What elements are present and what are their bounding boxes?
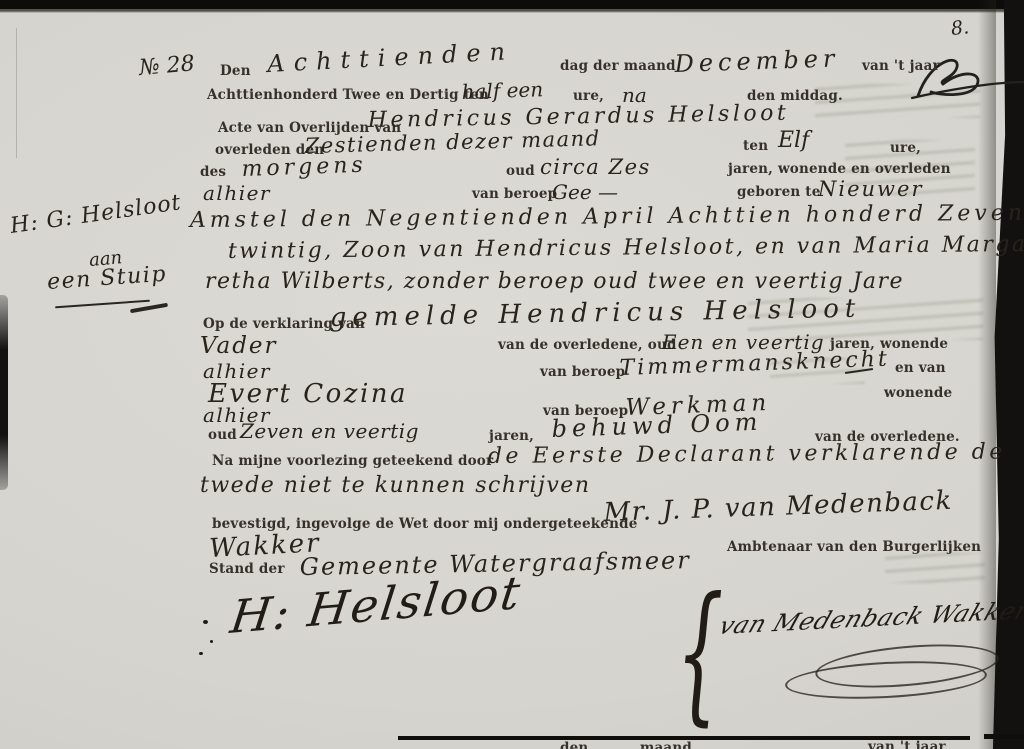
- hw-age-2: Zeven en veertig: [240, 421, 419, 441]
- next-record-fragment: den: [560, 742, 588, 749]
- death-certificate-scan: 8. H: G: Helsloot aan een Stuip № 28 Den…: [0, 0, 1024, 749]
- hw-read-signed-1: de Eerste Declarant verklarende de: [488, 441, 1006, 468]
- hw-occupation-none: Gee —: [552, 182, 618, 202]
- printed-en-van: en van: [895, 362, 946, 376]
- signature-brace: {: [676, 578, 724, 728]
- printed-stand-der: Stand der: [209, 563, 285, 577]
- margin-dash: [130, 303, 168, 314]
- printed-van-beroep-0: van beroep: [472, 188, 557, 202]
- printed-van-t-jaar: van 't jaar: [862, 60, 940, 74]
- next-record-fragment: van 't jaar: [868, 741, 946, 749]
- printed-van-de-overledene-oud: van de overledene, oud: [498, 339, 677, 353]
- margin-underline: [55, 300, 150, 309]
- scan-edge-left-blob: [0, 295, 8, 490]
- scan-bottom-rule: [984, 734, 1024, 739]
- printed-wonende: wonende: [884, 387, 952, 401]
- hw-relation-2: behuwd Oom: [551, 410, 763, 441]
- printed-ure-2: ure,: [890, 142, 921, 156]
- printed-den: Den: [220, 65, 251, 79]
- printed-ure-1: ure,: [573, 90, 604, 104]
- act-number: № 28: [138, 53, 196, 80]
- hw-birth-line-3: retha Wilberts, zonder beroep oud twee e…: [205, 271, 904, 293]
- margin-deceased-name: H: G: Helsloot: [9, 192, 183, 238]
- hw-birth-line-1: Amstel den Negentienden April Achttien h…: [190, 202, 1024, 232]
- hw-month: December: [674, 46, 840, 76]
- scan-edge-right-shadow: [978, 0, 996, 749]
- scan-edge-top: [0, 0, 1024, 13]
- hw-official-name: Mr. J. P. van Medenback: [603, 488, 953, 526]
- hw-daypart: morgens: [241, 155, 367, 181]
- hw-residence-2: alhier: [203, 361, 271, 381]
- next-record-fragment: maand: [640, 742, 692, 749]
- printed-des: des: [200, 166, 226, 180]
- ink-speck: [210, 640, 213, 643]
- ink-speck: [199, 652, 203, 655]
- printed-van-beroep-1: van beroep: [540, 366, 625, 380]
- printed-jaren-wonende-overleden: jaren, wonende en overleden: [728, 163, 951, 177]
- hw-death-hour: Elf: [778, 130, 809, 152]
- hw-age: circa Zes: [540, 157, 651, 178]
- printed-ten: ten: [743, 140, 768, 154]
- paper-crease: [16, 28, 17, 158]
- printed-year-words: Achttienhonderd Twee en Dertig ten: [207, 89, 489, 103]
- hw-relation-1: Vader: [200, 335, 278, 358]
- corner-page-mark: 8.: [950, 18, 970, 39]
- printed-jaren: jaren,: [489, 430, 534, 444]
- printed-dag-der-maand: dag der maand: [560, 60, 676, 74]
- ink-speck: [203, 620, 208, 624]
- hw-day: Achttienden: [267, 39, 515, 76]
- bleed-through-patch: [885, 553, 985, 583]
- hw-before-after-noon: na: [622, 85, 647, 105]
- hw-read-signed-2: twede niet te kunnen schrijven: [200, 475, 591, 497]
- printed-oud-2: oud: [208, 429, 237, 443]
- printed-ambtenaar: Ambtenaar van den Burgerlijken: [727, 541, 981, 555]
- hw-time: half een: [461, 79, 543, 102]
- printed-oud-1: oud: [506, 165, 535, 179]
- hw-birth-line-2: twintig, Zoon van Hendricus Helsloot, en…: [228, 234, 1024, 263]
- printed-geboren-te: geboren te: [737, 186, 821, 200]
- hw-birthplace: Nieuwer: [818, 179, 924, 200]
- hw-residence-1: alhier: [203, 183, 271, 203]
- margin-cause-of-death: een Stuip: [46, 264, 167, 294]
- signature-declarant: H: Helsloot: [228, 569, 524, 640]
- signature-flourish-loop: [784, 657, 988, 704]
- printed-na-mijne: Na mijne voorlezing geteekend door: [212, 455, 493, 469]
